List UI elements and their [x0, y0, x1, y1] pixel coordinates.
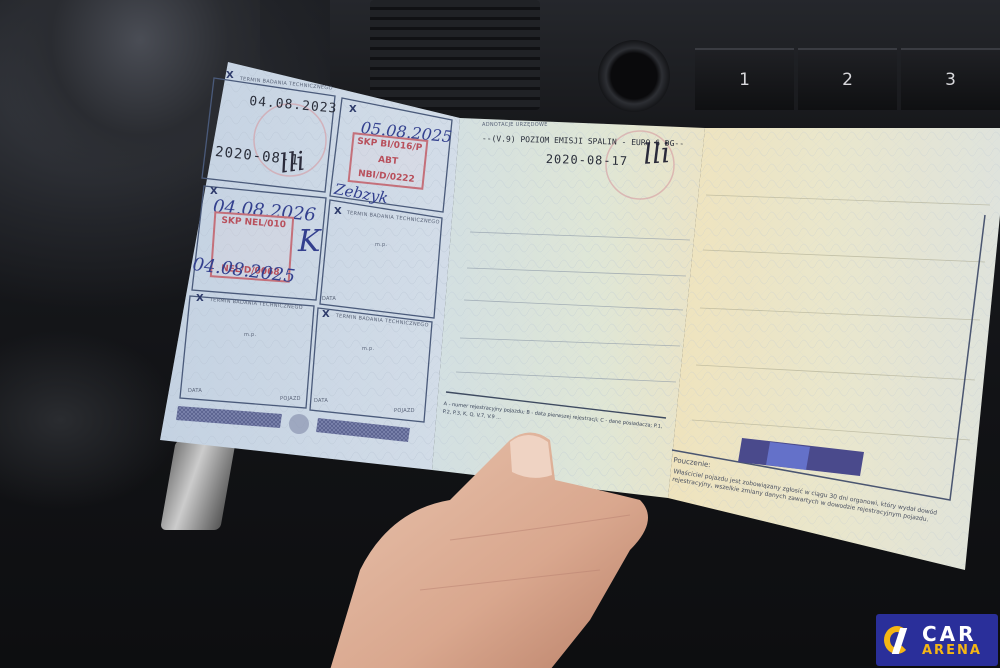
stamp-line: SKP NEL/010	[221, 216, 286, 230]
box6-seal-caption: POJAZD	[394, 408, 415, 414]
box1-signature: lli	[278, 147, 307, 180]
middle-signature: lli	[642, 136, 671, 171]
middle-stamp-date: 2020-08-17	[546, 152, 629, 168]
box6-marker: X	[322, 309, 330, 320]
car-arena-logo-icon	[884, 624, 914, 656]
logo-text-car: CAR	[922, 624, 982, 644]
stamp-line: ABT	[378, 155, 399, 167]
hand	[300, 420, 680, 668]
box6-mp: m.p.	[362, 346, 374, 352]
box6-date-caption: DATA	[314, 398, 328, 404]
middle-header-caption: ADNOTACJE URZĘDOWE	[482, 122, 548, 128]
box5-seal-caption: POJAZD	[280, 396, 301, 402]
box3-signature: K	[298, 224, 320, 259]
box5-marker: X	[196, 293, 204, 304]
box4-marker: X	[334, 206, 342, 217]
stamp-line: SKP BI/016/P	[357, 137, 423, 154]
box5-date-caption: DATA	[188, 388, 202, 394]
box1-marker: X	[226, 70, 234, 81]
box5-mp: m.p.	[244, 332, 256, 338]
logo-text-arena: ARENA	[922, 644, 982, 657]
car-arena-logo: CAR ARENA	[876, 614, 998, 666]
box2-inspection-stamp: SKP BI/016/P ABT NBI/D/0222	[348, 132, 429, 190]
stamp-line: NBI/D/0222	[358, 169, 416, 185]
box4-mp: m.p.	[375, 242, 387, 248]
box2-marker: X	[349, 104, 357, 115]
box4-date-caption: DATA	[322, 296, 336, 302]
